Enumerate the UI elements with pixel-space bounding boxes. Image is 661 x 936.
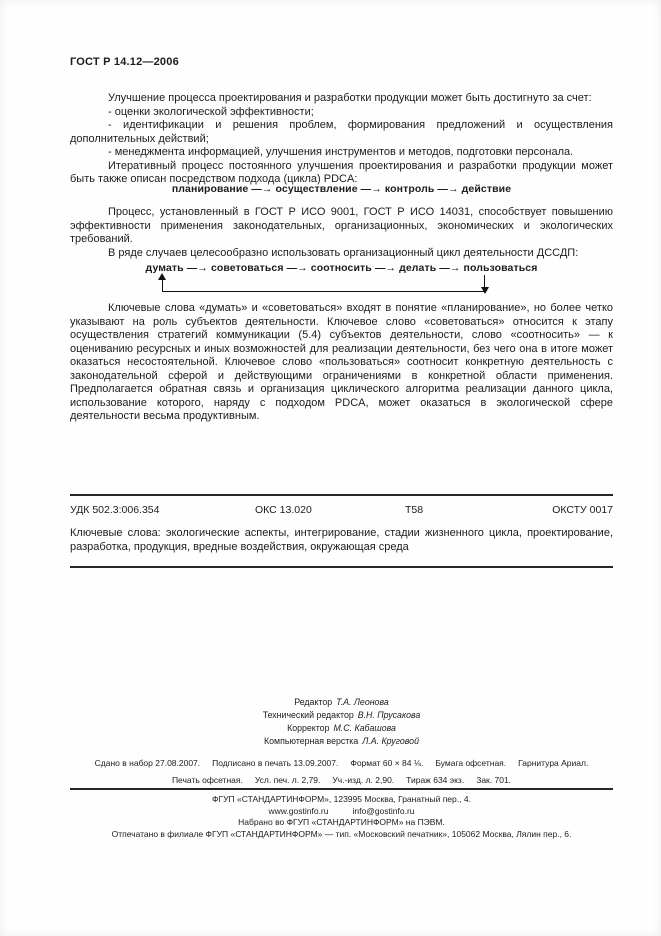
publisher-email: info@gostinfo.ru bbox=[352, 806, 414, 816]
credit-row: КорректорМ.С. Кабашова bbox=[70, 722, 613, 735]
doc-number: ГОСТ Р 14.12—2006 bbox=[70, 56, 179, 68]
imprint-segment: Зак. 701. bbox=[476, 775, 511, 785]
publisher-print-note: Отпечатано в филиале ФГУП «СТАНДАРТИНФОР… bbox=[70, 829, 613, 841]
publisher-typeset-note: Набрано во ФГУП «СТАНДАРТИНФОРМ» на ПЭВМ… bbox=[70, 817, 613, 829]
oks-code: ОКС 13.020 bbox=[255, 504, 312, 516]
publisher-website: www.gostinfo.ru bbox=[268, 806, 328, 816]
imprint-segment: Усл. печ. л. 2,79. bbox=[255, 775, 321, 785]
feedback-loop-arrow bbox=[162, 275, 486, 292]
list-item-paragraph: - оценки экологической эффективности; bbox=[70, 106, 613, 120]
t-code: Т58 bbox=[405, 504, 423, 516]
imprint-line-2: Печать офсетная.Усл. печ. л. 2,79.Уч.-из… bbox=[70, 772, 613, 789]
credit-label: Редактор bbox=[294, 697, 332, 707]
editorial-credits: РедакторТ.А. Леонова Технический редакто… bbox=[70, 696, 613, 748]
imprint-segment: Подписано в печать 13.09.2007. bbox=[212, 758, 338, 768]
pdca-cycle-diagram: планирование —→ осуществление —→ контрол… bbox=[70, 183, 613, 195]
publisher-contacts: www.gostinfo.ruinfo@gostinfo.ru bbox=[70, 806, 613, 818]
publisher-address: ФГУП «СТАНДАРТИНФОРМ», 123995 Москва, Гр… bbox=[70, 794, 613, 806]
imprint-segment: Формат 60 × 84 ⅛. bbox=[350, 758, 423, 768]
credit-name: В.Н. Прусакова bbox=[358, 710, 421, 720]
imprint-segment: Бумага офсетная. bbox=[435, 758, 506, 768]
credit-name: Т.А. Леонова bbox=[336, 697, 389, 707]
credit-label: Технический редактор bbox=[263, 710, 354, 720]
dssdp-cycle-text: думать —→ советоваться —→ соотносить —→ … bbox=[146, 262, 538, 274]
imprint-segment: Сдано в набор 27.08.2007. bbox=[95, 758, 201, 768]
publisher-block: ФГУП «СТАНДАРТИНФОРМ», 123995 Москва, Гр… bbox=[70, 794, 613, 840]
divider-top bbox=[70, 494, 613, 496]
credit-row: Компьютерная версткаЛ.А. Круговой bbox=[70, 735, 613, 748]
divider-middle bbox=[70, 566, 613, 568]
classification-row: УДК 502.3:006.354 ОКС 13.020 Т58 ОКСТУ 0… bbox=[70, 504, 613, 518]
middle-section: Процесс, установленный в ГОСТ Р ИСО 9001… bbox=[70, 206, 613, 260]
credit-row: Технический редакторВ.Н. Прусакова bbox=[70, 709, 613, 722]
credit-label: Компьютерная верстка bbox=[264, 736, 358, 746]
credit-name: Л.А. Круговой bbox=[362, 736, 419, 746]
paragraph: В ряде случаев целесообразно использоват… bbox=[70, 247, 613, 261]
imprint-segment: Уч.-изд. л. 2,90. bbox=[332, 775, 394, 785]
imprint-segment: Печать офсетная. bbox=[172, 775, 243, 785]
paragraph: Улучшение процесса проектирования и разр… bbox=[70, 92, 613, 106]
pdca-cycle-text: планирование —→ осуществление —→ контрол… bbox=[172, 183, 511, 195]
keywords-label: Ключевые слова: bbox=[70, 527, 161, 539]
imprint-block: Сдано в набор 27.08.2007.Подписано в печ… bbox=[70, 755, 613, 788]
intro-section: Улучшение процесса проектирования и разр… bbox=[70, 92, 613, 187]
arrow-down-icon bbox=[481, 287, 489, 294]
divider-bottom bbox=[70, 788, 613, 790]
udk-code: УДК 502.3:006.354 bbox=[70, 504, 160, 516]
credit-row: РедакторТ.А. Леонова bbox=[70, 696, 613, 709]
dssdp-cycle-diagram: думать —→ советоваться —→ соотносить —→ … bbox=[70, 262, 613, 274]
credit-label: Корректор bbox=[287, 723, 329, 733]
keywords-line: Ключевые слова: экологические аспекты, и… bbox=[70, 527, 613, 554]
imprint-segment: Гарнитура Ариал. bbox=[518, 758, 588, 768]
credit-name: М.С. Кабашова bbox=[333, 723, 395, 733]
imprint-segment: Тираж 634 экз. bbox=[406, 775, 464, 785]
arrow-up-icon bbox=[158, 273, 166, 280]
list-item-paragraph: - идентификации и решения проблем, форми… bbox=[70, 119, 613, 146]
paragraph: Процесс, установленный в ГОСТ Р ИСО 9001… bbox=[70, 206, 613, 247]
document-page: ГОСТ Р 14.12—2006 Улучшение процесса про… bbox=[0, 0, 661, 936]
list-item-paragraph: - менеджмента информацией, улучшения инс… bbox=[70, 146, 613, 160]
closing-section: Ключевые слова «думать» и «советоваться»… bbox=[70, 302, 613, 424]
imprint-line-1: Сдано в набор 27.08.2007.Подписано в печ… bbox=[70, 755, 613, 772]
paragraph: Ключевые слова «думать» и «советоваться»… bbox=[70, 302, 613, 424]
okstu-code: ОКСТУ 0017 bbox=[552, 504, 613, 516]
